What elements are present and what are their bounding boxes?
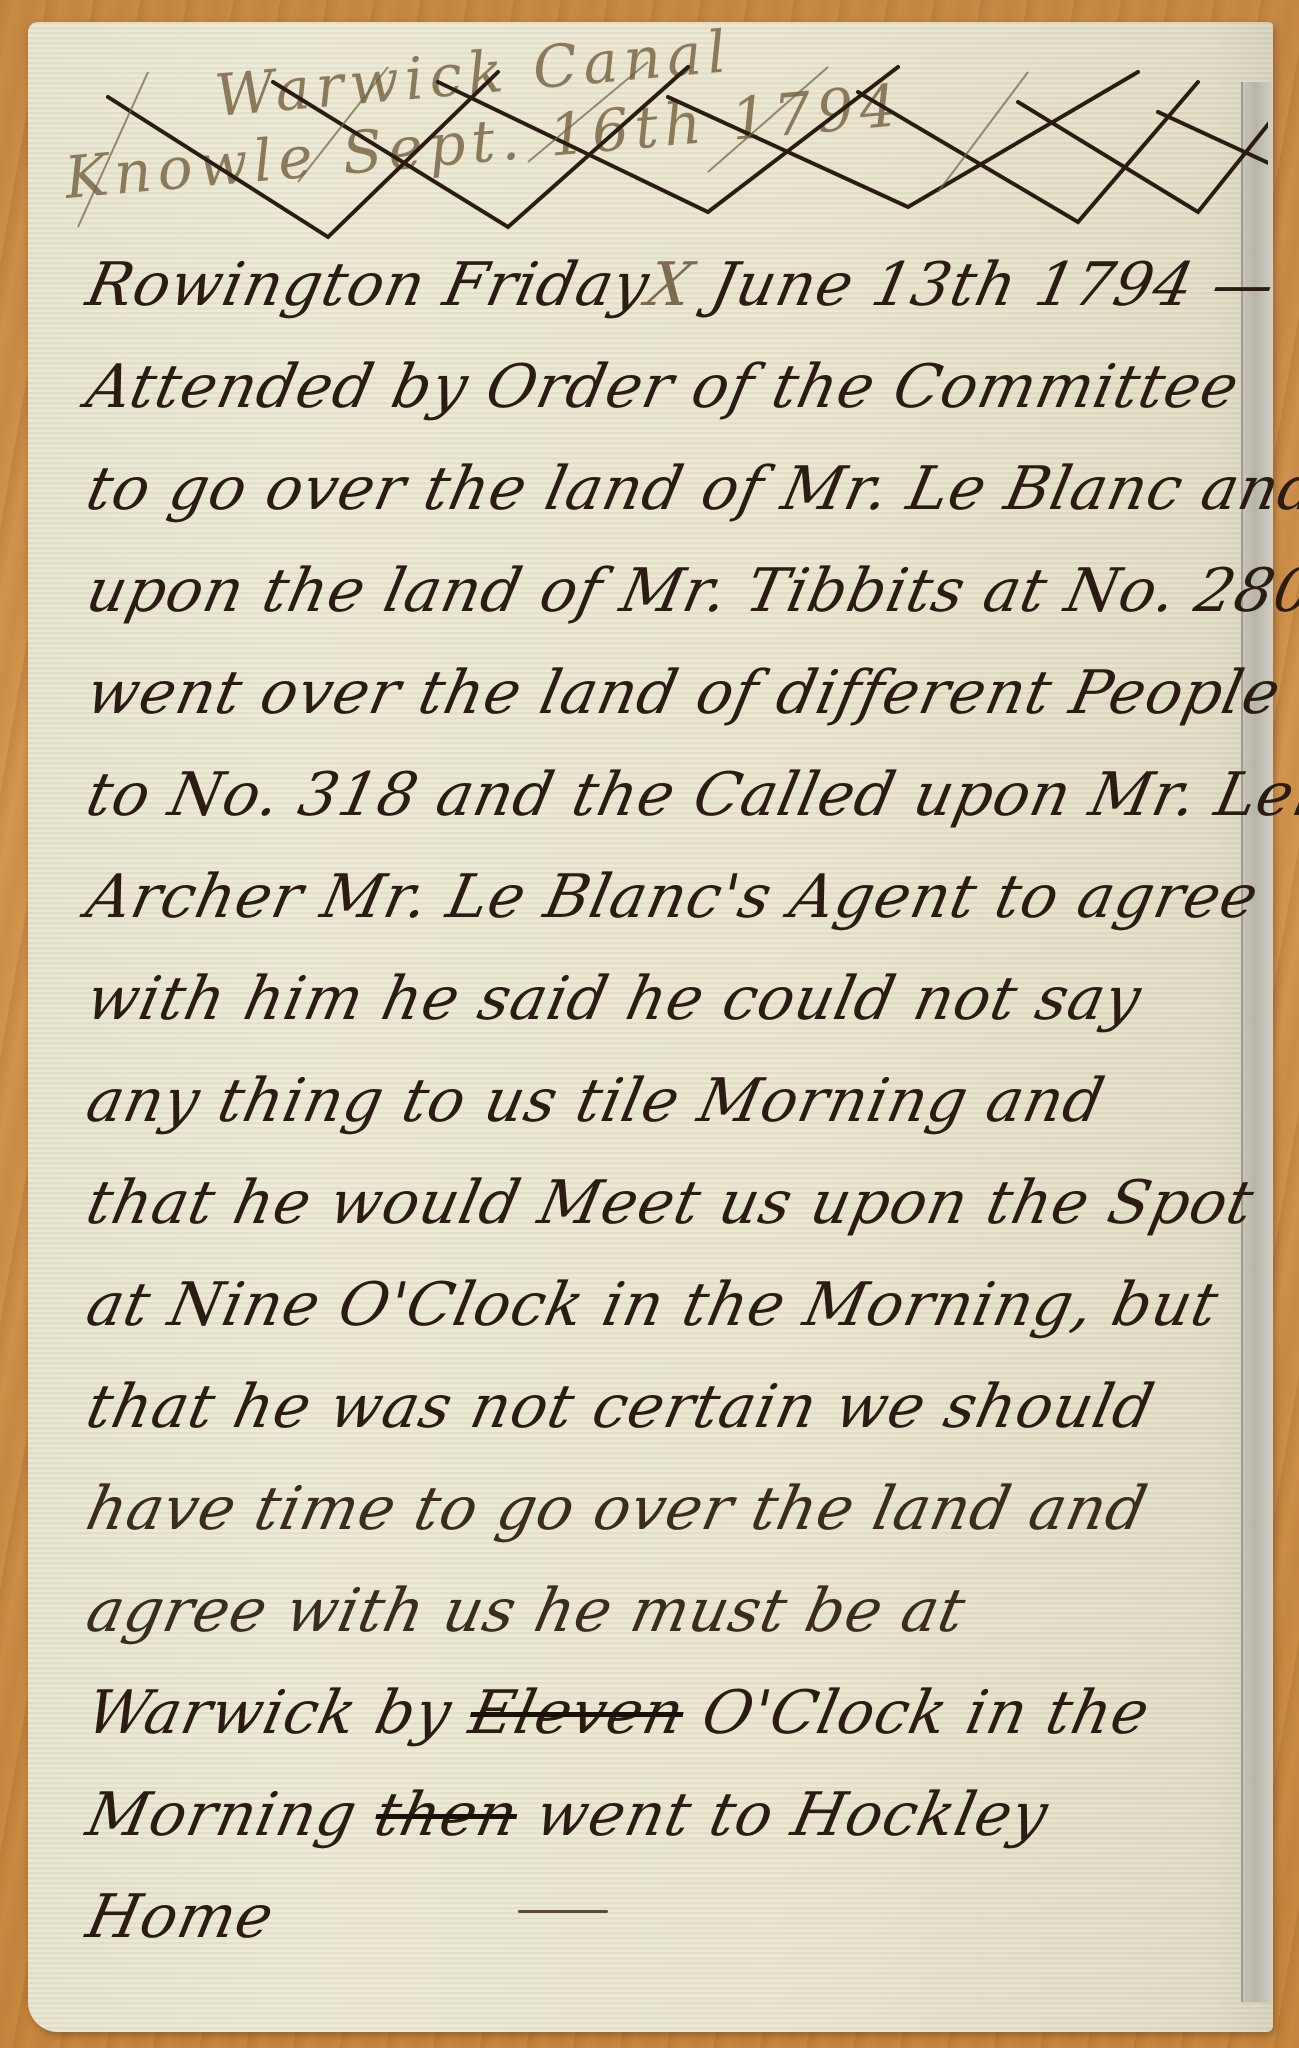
manuscript-line-17: Home — [77, 1866, 1279, 1968]
end-dash-mark — [518, 1910, 608, 1913]
manuscript-line-16: Morning then went to Hockley — [77, 1764, 1279, 1866]
manuscript-line-11: at Nine O'Clock in the Morning, but — [77, 1254, 1279, 1356]
line-text: June 13th 1794 — — [685, 250, 1282, 320]
manuscript-line-13: have time to go over the land and — [77, 1458, 1279, 1560]
line-text: went to Hockley — [510, 1780, 1055, 1850]
manuscript-line-2: Attended by Order of the Committee — [77, 336, 1279, 438]
manuscript-line-6: to No. 318 and the Called upon Mr. Lende… — [77, 744, 1279, 846]
struck-word: then — [369, 1780, 525, 1850]
line-text: Warwick by — [81, 1678, 479, 1748]
manuscript-line-3: to go over the land of Mr. Le Blanc and … — [77, 438, 1279, 540]
line-text: O'Clock in the — [676, 1678, 1156, 1748]
manuscript-line-12: that he was not certain we should — [77, 1356, 1279, 1458]
manuscript-line-8: with him he said he could not say — [77, 948, 1279, 1050]
manuscript-line-5: went over the land of different People — [77, 642, 1279, 744]
manuscript-line-7: Archer Mr. Le Blanc's Agent to agree — [77, 846, 1279, 948]
manuscript-line-14: agree with us he must be at — [77, 1560, 1279, 1662]
manuscript-line-15: Warwick by Eleven O'Clock in the — [77, 1662, 1279, 1764]
manuscript-line-1: Rowington FridayX June 13th 1794 — — [77, 234, 1279, 336]
struck-word: Eleven — [463, 1678, 690, 1748]
manuscript-line-4: upon the land of Mr. Tibbits at No. 2801 — [77, 540, 1279, 642]
manuscript-line-9: any thing to us tile Morning and — [77, 1050, 1279, 1152]
line-text: Rowington Friday — [81, 250, 656, 320]
manuscript-page: Warwick Canal Knowle Sept. 16th 1794 Ro — [28, 22, 1273, 2032]
crossed-out-header: Warwick Canal Knowle Sept. 16th 1794 — [68, 52, 1268, 222]
manuscript-body: Rowington FridayX June 13th 1794 — Atten… — [88, 234, 1268, 1968]
line-text: Morning — [81, 1780, 384, 1850]
manuscript-line-10: that he would Meet us upon the Spot — [77, 1152, 1279, 1254]
